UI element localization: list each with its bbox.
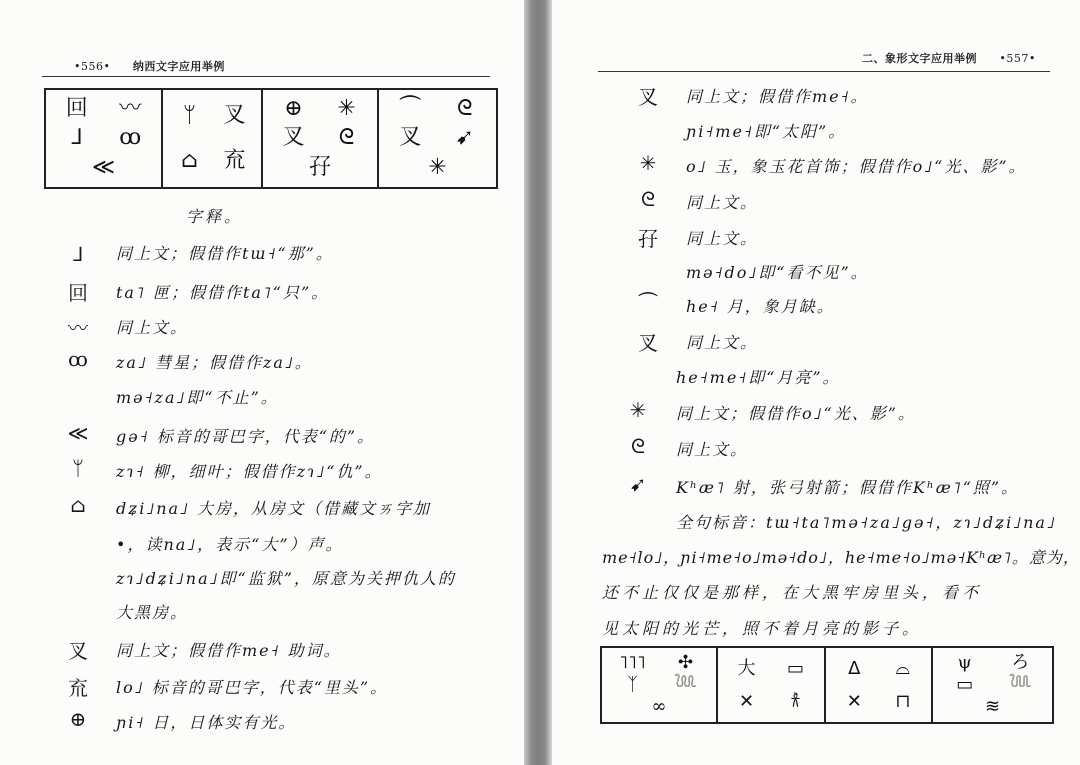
- dongba-glyph: ✕: [725, 693, 768, 711]
- entry-text: za˩ 彗星；假借作za˩。: [116, 353, 313, 372]
- entry-text: ɲi˧me˧即“太阳”。: [686, 122, 846, 141]
- entry-text: 同上文。: [116, 318, 188, 337]
- glyph-cell-3: ⊕ ✳ 叉 ᘓ 孖: [263, 90, 379, 187]
- dongba-glyph-icon: 叉: [58, 635, 98, 664]
- dongba-glyph: 〰: [107, 98, 154, 120]
- dongba-glyph: 孖: [297, 157, 344, 179]
- dongba-glyph: ᛉ: [609, 676, 656, 694]
- dongba-glyph: 𐀪: [774, 693, 817, 711]
- entry-line: ᛘzɿ˧ 柳，细叶；假借作zɿ˩“仇”。: [116, 459, 383, 482]
- entry-text: 同上文；假借作tɯ˧“那”。: [116, 244, 334, 263]
- summary-line: 全句标音：tɯ˧ta˥mə˧za˩gə˧，zɿ˩dʑi˩na˩: [676, 510, 1057, 533]
- dongba-glyph: ᛘ: [170, 105, 210, 127]
- entry-line: ➹Kʰæ˥ 射，张弓射箭；假借作Kʰæ˥“照”。: [676, 475, 1019, 498]
- entry-text: •，读na˩，表示“大”）声。: [116, 535, 344, 554]
- dongba-glyph: 𓆙: [996, 676, 1045, 694]
- entry-line: mə˧za˩即“不止”。: [116, 385, 279, 408]
- dongba-glyph: ⊓: [881, 693, 924, 711]
- dongba-glyph-icon: 〰: [58, 312, 98, 341]
- entry-text: 同上文；假借作me˧。: [686, 87, 869, 106]
- glyph-cell-1: ˥˥˥ ✣ ᛉ 𓆙 ∞: [602, 648, 718, 722]
- entry-text: zɿ˩dʑi˩na˩即“监狱”，原意为关押仇人的: [116, 569, 456, 588]
- dongba-glyph-icon: ᘓ: [618, 434, 658, 458]
- entry-text: he˧me˧即“月亮”。: [676, 368, 841, 387]
- entry-text: Kʰæ˥ 射，张弓射箭；假借作Kʰæ˥“照”。: [676, 478, 1019, 497]
- summary-line: me˧lo˩，ɲi˧me˧o˩mə˧do˩，he˧me˧o˩mə˧Kʰæ˥。意为…: [602, 545, 1080, 568]
- entry-text: o˩ 玉，象玉花首饰；假借作o˩“光、影”。: [686, 157, 1027, 176]
- entry-line: ɲi˧me˧即“太阳”。: [686, 119, 846, 142]
- entry-line: 孖同上文。: [686, 226, 758, 249]
- right-running-head: 二、象形文字应用举例 •557•: [862, 50, 1036, 66]
- dongba-glyph: ⌓: [881, 660, 924, 678]
- entry-line: ≪gə˧ 标音的哥巴字，代表“的”。: [116, 424, 375, 447]
- entry-line: 叉同上文；假借作me˧。: [686, 84, 869, 107]
- entry-text: 同上文。: [676, 440, 748, 459]
- entry-line: 㐬lo˩ 标音的哥巴字，代表“里头”。: [116, 675, 388, 698]
- entry-text: lo˩ 标音的哥巴字，代表“里头”。: [116, 678, 388, 697]
- dongba-glyph: 叉: [270, 127, 317, 149]
- dongba-glyph: ▭: [940, 676, 989, 694]
- dongba-glyph-icon: ⌂: [58, 493, 98, 517]
- entry-line: ⊕ɲi˧ 日，日体实有光。: [116, 710, 296, 733]
- entry-text: 同上文；假借作me˧ 助词。: [116, 641, 342, 660]
- dongba-glyph-icon: 叉: [628, 327, 668, 356]
- dongba-glyph-panel-bottom: ˥˥˥ ✣ ᛉ 𓆙 ∞ 大 ▭ ✕ 𐀪 ᐃ ⌓ ✕ ⊓ ψ ろ ▭ 𓆙 ≋: [600, 646, 1054, 724]
- entry-text: gə˧ 标音的哥巴字，代表“的”。: [116, 427, 375, 446]
- dongba-glyph: 大: [725, 660, 768, 678]
- dongba-glyph-icon: ⏜: [628, 291, 668, 315]
- left-running-head: •556• 纳西文字应用举例: [74, 58, 225, 74]
- entry-text: 同上文。: [686, 193, 758, 212]
- dongba-glyph: 回: [53, 98, 100, 120]
- entry-line: ⌂dʑi˩na˩ 大房，从房文（借藏文ㄞ字加: [116, 496, 431, 519]
- left-page-number: •556•: [74, 60, 110, 73]
- glyph-cell-4: ⏜ ᘓ 叉 ➹ ✳: [379, 90, 496, 187]
- dongba-glyph: ➹: [441, 127, 489, 149]
- entry-line: ᘓ同上文。: [676, 437, 748, 460]
- dongba-glyph: 𓆙: [662, 676, 709, 694]
- right-page-number: •557•: [999, 52, 1035, 65]
- left-header-rule: [42, 76, 490, 77]
- dongba-glyph: ψ: [940, 654, 989, 672]
- dongba-glyph: ⏜: [386, 98, 434, 120]
- dongba-glyph: 𖼀: [53, 127, 100, 149]
- entry-line: 〰同上文。: [116, 315, 188, 338]
- dongba-glyph: ✳: [323, 98, 370, 120]
- dongba-glyph: 叉: [386, 127, 434, 149]
- entry-line: 𖼀同上文；假借作tɯ˧“那”。: [116, 241, 334, 264]
- dongba-glyph: 㐬: [215, 150, 255, 172]
- glyph-cell-4: ψ ろ ▭ 𓆙 ≋: [933, 648, 1052, 722]
- dongba-glyph: ✳: [414, 157, 462, 179]
- dongba-glyph-icon: ᛘ: [58, 456, 98, 480]
- entry-text: 大黑房。: [116, 603, 188, 622]
- dongba-glyph: ᘓ: [323, 127, 370, 149]
- dongba-glyph: ᘓ: [441, 98, 489, 120]
- summary-line: 见太阳的光芒，照不着月亮的影子。: [602, 616, 922, 639]
- dongba-glyph-icon: ➹: [618, 472, 658, 496]
- dongba-glyph-icon: ꝏ: [58, 347, 98, 371]
- dongba-glyph: ꝏ: [107, 127, 154, 149]
- dongba-glyph: ᐃ: [833, 660, 876, 678]
- glyph-cell-3: ᐃ ⌓ ✕ ⊓: [826, 648, 933, 722]
- section-title-character-explanation: 字释。: [186, 204, 243, 227]
- dongba-glyph-panel-top: 回 〰 𖼀 ꝏ ≪ ᛘ 叉 ⌂ 㐬 ⊕ ✳ 叉 ᘓ 孖 ⏜ ᘓ 叉 ➹ ✳: [44, 88, 498, 189]
- entry-text: 同上文；假借作o˩“光、影”。: [676, 404, 916, 423]
- summary-line: 还不止仅仅是那样，在大黑牢房里头，看不: [602, 580, 982, 603]
- entry-line: ꝏza˩ 彗星；假借作za˩。: [116, 350, 313, 373]
- entry-text: zɿ˧ 柳，细叶；假借作zɿ˩“仇”。: [116, 462, 383, 481]
- glyph-cell-1: 回 〰 𖼀 ꝏ ≪: [46, 90, 163, 187]
- entry-line: ᘓ同上文。: [686, 190, 758, 213]
- dongba-glyph-icon: 叉: [628, 81, 668, 110]
- dongba-glyph-icon: 㐬: [58, 672, 98, 701]
- entry-line: 叉同上文。: [686, 330, 758, 353]
- dongba-glyph: ⊕: [270, 98, 317, 120]
- glyph-cell-2: ᛘ 叉 ⌂ 㐬: [163, 90, 263, 187]
- entry-text: ɲi˧ 日，日体实有光。: [116, 713, 296, 732]
- dongba-glyph: ろ: [996, 654, 1045, 672]
- dongba-glyph: ≪: [80, 157, 127, 179]
- entry-text: 同上文。: [686, 333, 758, 352]
- entry-text: mə˧za˩即“不止”。: [116, 388, 279, 407]
- entry-line: ⏜he˧ 月，象月缺。: [686, 294, 835, 317]
- dongba-glyph-icon: 𖼀: [58, 238, 98, 268]
- dongba-glyph-icon: ✳: [628, 151, 668, 175]
- left-running-title: 纳西文字应用举例: [133, 60, 225, 73]
- dongba-glyph: ∞: [636, 698, 683, 716]
- dongba-glyph-icon: ⊕: [58, 707, 98, 731]
- dongba-glyph: ✕: [833, 693, 876, 711]
- dongba-glyph-icon: 孖: [628, 223, 668, 252]
- dongba-glyph-icon: ✳: [618, 398, 658, 422]
- dongba-glyph: ≋: [968, 698, 1017, 716]
- entry-line: zɿ˩dʑi˩na˩即“监狱”，原意为关押仇人的: [116, 566, 456, 589]
- entry-line: 大黑房。: [116, 600, 188, 623]
- right-header-rule: [598, 71, 1050, 72]
- entry-line: 回ta˥ 匣；假借作ta˥“只”。: [116, 280, 329, 303]
- dongba-glyph: ✣: [662, 654, 709, 672]
- glyph-cell-2: 大 ▭ ✕ 𐀪: [718, 648, 826, 722]
- dongba-glyph-icon: ≪: [58, 421, 98, 445]
- entry-line: mə˧do˩即“看不见”。: [686, 260, 869, 283]
- entry-line: he˧me˧即“月亮”。: [676, 365, 841, 388]
- entry-text: mə˧do˩即“看不见”。: [686, 263, 869, 282]
- dongba-glyph-icon: 回: [58, 277, 98, 306]
- book-gutter: [524, 0, 552, 765]
- entry-line: •，读na˩，表示“大”）声。: [116, 532, 344, 555]
- entry-text: dʑi˩na˩ 大房，从房文（借藏文ㄞ字加: [116, 499, 431, 518]
- entry-text: he˧ 月，象月缺。: [686, 297, 835, 316]
- entry-text: ta˥ 匣；假借作ta˥“只”。: [116, 283, 329, 302]
- dongba-glyph: 叉: [215, 105, 255, 127]
- dongba-glyph: ▭: [774, 660, 817, 678]
- dongba-glyph: ⌂: [170, 150, 210, 172]
- dongba-glyph-icon: ᘓ: [628, 187, 668, 211]
- right-running-title: 二、象形文字应用举例: [862, 52, 977, 65]
- entry-line: 叉同上文；假借作me˧ 助词。: [116, 638, 342, 661]
- entry-line: ✳同上文；假借作o˩“光、影”。: [676, 401, 916, 424]
- entry-text: 同上文。: [686, 229, 758, 248]
- entry-line: ✳o˩ 玉，象玉花首饰；假借作o˩“光、影”。: [686, 154, 1027, 177]
- dongba-glyph: ˥˥˥: [609, 654, 656, 672]
